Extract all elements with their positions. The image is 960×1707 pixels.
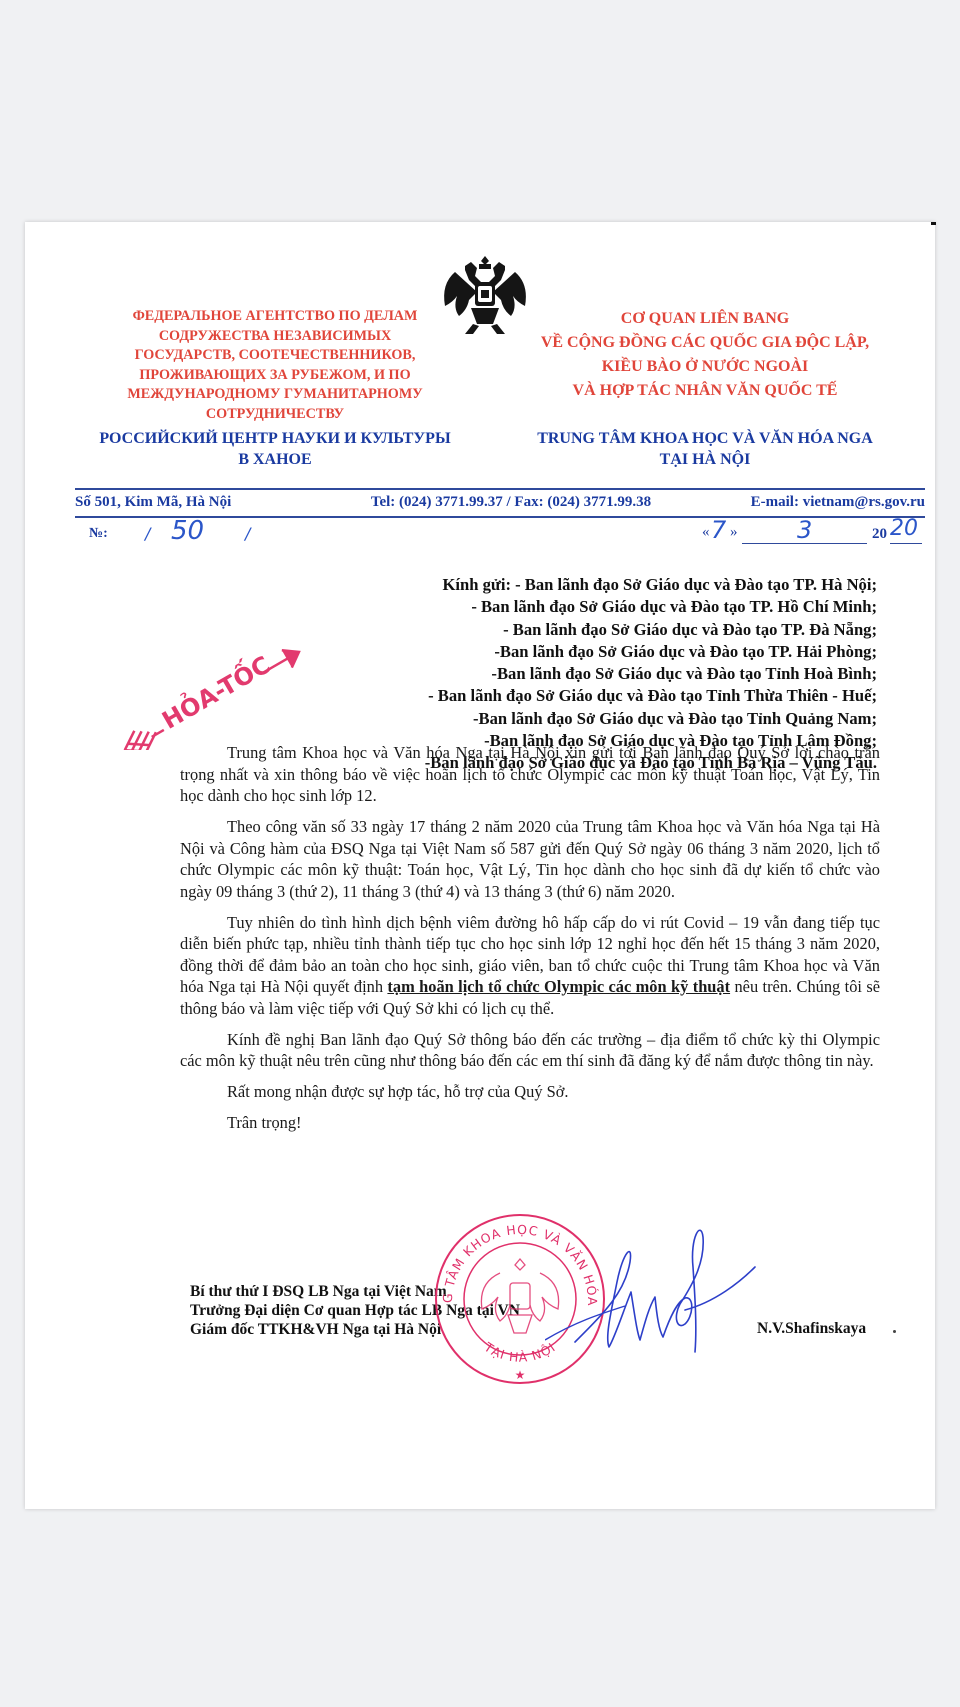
date-month: 3 xyxy=(797,516,812,544)
number-slash: / xyxy=(145,524,150,543)
recipient-line: - Ban lãnh đạo Sở Giáo dục và Đào tạo TP… xyxy=(295,619,877,641)
recipient-line: - Ban lãnh đạo Sở Giáo dục và Đào tạo Tỉ… xyxy=(295,685,877,707)
date-underline xyxy=(890,543,922,544)
corner-mark xyxy=(931,222,936,225)
date-open-quote: « xyxy=(702,524,710,541)
document-number: 50 xyxy=(171,516,204,546)
center-line: В ХАНОЕ xyxy=(65,449,485,470)
center-line: TẠI HÀ NỘI xyxy=(515,449,895,470)
header-line: VÀ HỢP TÁC NHÂN VĂN QUỐC TẾ xyxy=(525,379,885,403)
number-label: №: xyxy=(89,526,108,542)
closing: Trân trọng! xyxy=(180,1112,880,1134)
header-line: VỀ CỘNG ĐỒNG CÁC QUỐC GIA ĐỘC LẬP, xyxy=(525,331,885,355)
header-line: ФЕДЕРАЛЬНОЕ АГЕНТСТВО ПО ДЕЛАМ xyxy=(85,307,465,327)
center-line: РОССИЙСКИЙ ЦЕНТР НАУКИ И КУЛЬТУРЫ xyxy=(65,428,485,449)
recipient-line: -Ban lãnh đạo Sở Giáo dục và Đào tạo Tỉn… xyxy=(295,708,877,730)
header-line: KIỀU BÀO Ở NƯỚC NGOÀI xyxy=(525,355,885,379)
double-headed-eagle-emblem-icon xyxy=(435,250,535,338)
urgent-stamp-text: HỎA-TỐC xyxy=(155,646,275,735)
vietnamese-center-name: TRUNG TÂM KHOA HỌC VÀ VĂN HÓA NGA TẠI HÀ… xyxy=(515,428,895,470)
russian-center-name: РОССИЙСКИЙ ЦЕНТР НАУКИ И КУЛЬТУРЫ В ХАНО… xyxy=(65,428,485,470)
header-line: CƠ QUAN LIÊN BANG xyxy=(525,307,885,331)
header-line: СОТРУДНИЧЕСТВУ xyxy=(85,405,465,425)
document-page: ФЕДЕРАЛЬНОЕ АГЕНТСТВО ПО ДЕЛАМ СОДРУЖЕСТ… xyxy=(25,222,935,1509)
number-slash: / xyxy=(245,524,250,543)
header-line: ГОСУДАРСТВ, СООТЕЧЕСТВЕННИКОВ, xyxy=(85,346,465,366)
center-line: TRUNG TÂM KHOA HỌC VÀ VĂN HÓA NGA xyxy=(515,428,895,449)
phone-fax: Tel: (024) 3771.99.37 / Fax: (024) 3771.… xyxy=(371,494,651,511)
recipient-line: -Ban lãnh đạo Sở Giáo dục và Đào tạo Tỉn… xyxy=(295,663,877,685)
scan-speck xyxy=(893,1330,896,1333)
stamp-star: ★ xyxy=(515,1368,526,1382)
recipient-line: Kính gửi: - Ban lãnh đạo Sở Giáo dục và … xyxy=(295,574,877,596)
date-close-quote: » xyxy=(730,524,738,541)
date-year-suffix: 20 xyxy=(890,516,918,541)
paragraph: Theo công văn số 33 ngày 17 tháng 2 năm … xyxy=(180,816,880,902)
paragraph: Kính đề nghị Ban lãnh đạo Quý Sở thông b… xyxy=(180,1029,880,1072)
date-year-prefix: 20 xyxy=(872,526,887,543)
address: Số 501, Kim Mã, Hà Nội xyxy=(75,494,231,511)
paragraph: Rất mong nhận được sự hợp tác, hỗ trợ củ… xyxy=(180,1081,880,1103)
divider-top xyxy=(75,488,925,490)
date-day: 7 xyxy=(711,516,726,544)
recipient-line: -Ban lãnh đạo Sở Giáo dục và Đào tạo TP.… xyxy=(295,641,877,663)
russian-agency-header: ФЕДЕРАЛЬНОЕ АГЕНТСТВО ПО ДЕЛАМ СОДРУЖЕСТ… xyxy=(85,307,465,424)
header-line: ПРОЖИВАЮЩИХ ЗА РУБЕЖОМ, И ПО xyxy=(85,366,465,386)
letter-body: Trung tâm Khoa học và Văn hóa Nga tại Hà… xyxy=(180,742,880,1143)
document-date: « 7 » 3 20 20 xyxy=(702,516,932,546)
emphasized-decision: tạm hoãn lịch tổ chức Olympic các môn kỹ… xyxy=(387,977,730,996)
contact-bar: Số 501, Kim Mã, Hà Nội Tel: (024) 3771.9… xyxy=(75,494,925,511)
email: E-mail: vietnam@rs.gov.ru xyxy=(751,494,925,511)
paragraph: Tuy nhiên do tình hình dịch bệnh viêm đư… xyxy=(180,912,880,1020)
header-line: СОДРУЖЕСТВА НЕЗАВИСИМЫХ xyxy=(85,327,465,347)
recipient-line: - Ban lãnh đạo Sở Giáo dục và Đào tạo TP… xyxy=(295,596,877,618)
header-line: МЕЖДУНАРОДНОМУ ГУМАНИТАРНОМУ xyxy=(85,385,465,405)
handwritten-signature-icon xyxy=(545,1222,775,1362)
paragraph: Trung tâm Khoa học và Văn hóa Nga tại Hà… xyxy=(180,742,880,807)
reference-row: №: / 50 / « 7 » 3 20 20 xyxy=(87,520,927,550)
vietnamese-agency-header: CƠ QUAN LIÊN BANG VỀ CỘNG ĐỒNG CÁC QUỐC … xyxy=(525,307,885,403)
